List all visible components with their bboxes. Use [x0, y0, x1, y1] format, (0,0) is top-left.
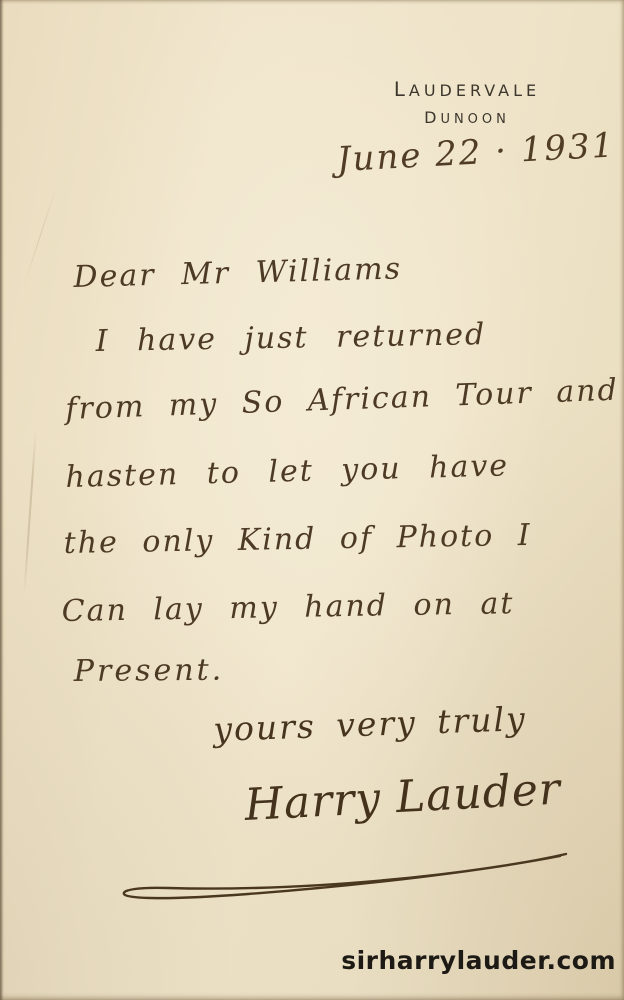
- body-line: I have just returned: [95, 317, 486, 359]
- scanned-letter-page: LAUDERVALE DUNOON June 22 · 1931 Dear Mr…: [0, 0, 624, 1000]
- paper-crease: [23, 430, 37, 595]
- body-line: from my So African Tour and: [65, 373, 620, 427]
- date-line: June 22 · 1931: [336, 125, 616, 180]
- body-line: the only Kind of Photo I: [63, 518, 532, 561]
- letterhead-town-name: DUNOON: [367, 108, 567, 127]
- closing-line: yours very truly: [213, 699, 528, 749]
- letterhead-estate-name: LAUDERVALE: [367, 78, 567, 101]
- body-line: hasten to let you have: [65, 448, 509, 495]
- letterhead: LAUDERVALE DUNOON: [367, 78, 567, 127]
- salutation-line: Dear Mr Williams: [73, 251, 402, 295]
- site-watermark: sirharrylauder.com: [341, 946, 616, 975]
- paper-crease: [23, 183, 58, 288]
- body-line: Can lay my hand on at: [61, 586, 514, 629]
- signature-flourish: [108, 848, 572, 906]
- body-line: Present.: [74, 653, 225, 689]
- signature: Harry Lauder: [243, 764, 562, 831]
